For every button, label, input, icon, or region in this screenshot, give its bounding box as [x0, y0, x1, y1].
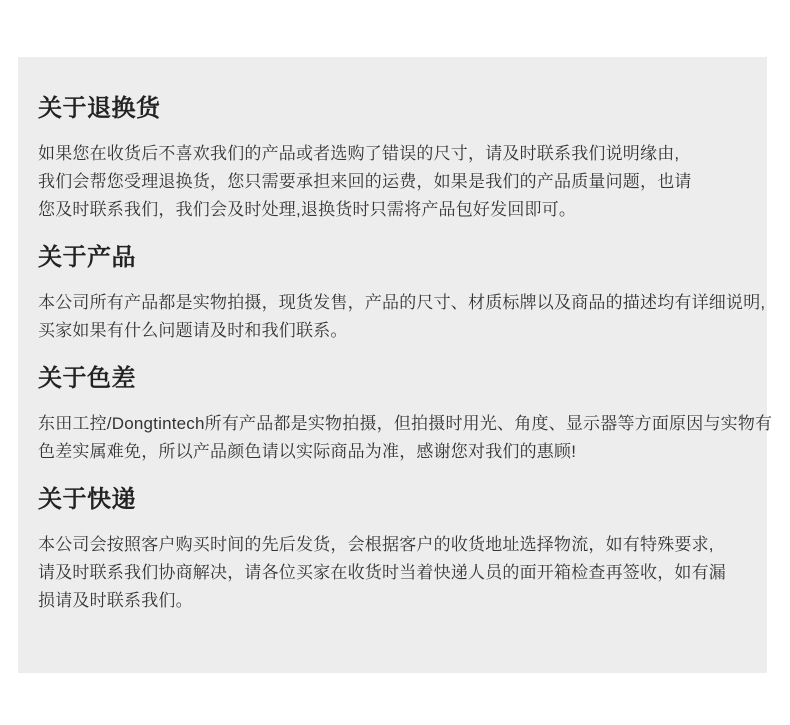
color-difference-paragraph: 东田工控/Dongtintech所有产品都是实物拍摄，但拍摄时用光、角度、显示器… [38, 410, 747, 466]
shipping-heading: 关于快递 [38, 484, 747, 516]
paragraph-line: 我们会帮您受理退换货，您只需要承担来回的运费，如果是我们的产品质量问题，也请 [38, 168, 747, 196]
shipping-paragraph: 本公司会按照客户购买时间的先后发货，会根据客户的收货地址选择物流，如有特殊要求,… [38, 531, 747, 615]
returns-heading: 关于退换货 [38, 93, 747, 125]
paragraph-line: 色差实属难免，所以产品颜色请以实际商品为准，感谢您对我们的惠顾! [38, 438, 747, 466]
product-heading: 关于产品 [38, 242, 747, 274]
paragraph-line: 本公司所有产品都是实物拍摄，现货发售，产品的尺寸、材质标牌以及商品的描述均有详细… [38, 289, 747, 317]
paragraph-line: 如果您在收货后不喜欢我们的产品或者选购了错误的尺寸，请及时联系我们说明缘由, [38, 140, 747, 168]
product-paragraph: 本公司所有产品都是实物拍摄，现货发售，产品的尺寸、材质标牌以及商品的描述均有详细… [38, 289, 747, 345]
section-product: 关于产品 本公司所有产品都是实物拍摄，现货发售，产品的尺寸、材质标牌以及商品的描… [38, 242, 747, 345]
section-returns: 关于退换货 如果您在收货后不喜欢我们的产品或者选购了错误的尺寸，请及时联系我们说… [38, 93, 747, 224]
paragraph-line: 请及时联系我们协商解决，请各位买家在收货时当着快递人员的面开箱检查再签收，如有漏 [38, 559, 747, 587]
returns-paragraph: 如果您在收货后不喜欢我们的产品或者选购了错误的尺寸，请及时联系我们说明缘由, 我… [38, 140, 747, 224]
paragraph-line: 买家如果有什么问题请及时和我们联系。 [38, 317, 747, 345]
color-difference-heading: 关于色差 [38, 363, 747, 395]
paragraph-line: 损请及时联系我们。 [38, 587, 747, 615]
section-shipping: 关于快递 本公司会按照客户购买时间的先后发货，会根据客户的收货地址选择物流，如有… [38, 484, 747, 615]
section-color-difference: 关于色差 东田工控/Dongtintech所有产品都是实物拍摄，但拍摄时用光、角… [38, 363, 747, 466]
paragraph-line: 本公司会按照客户购买时间的先后发货，会根据客户的收货地址选择物流，如有特殊要求, [38, 531, 747, 559]
paragraph-line: 东田工控/Dongtintech所有产品都是实物拍摄，但拍摄时用光、角度、显示器… [38, 410, 747, 438]
store-policy-panel: 关于退换货 如果您在收货后不喜欢我们的产品或者选购了错误的尺寸，请及时联系我们说… [18, 57, 767, 673]
paragraph-line: 您及时联系我们，我们会及时处理,退换货时只需将产品包好发回即可。 [38, 196, 747, 224]
